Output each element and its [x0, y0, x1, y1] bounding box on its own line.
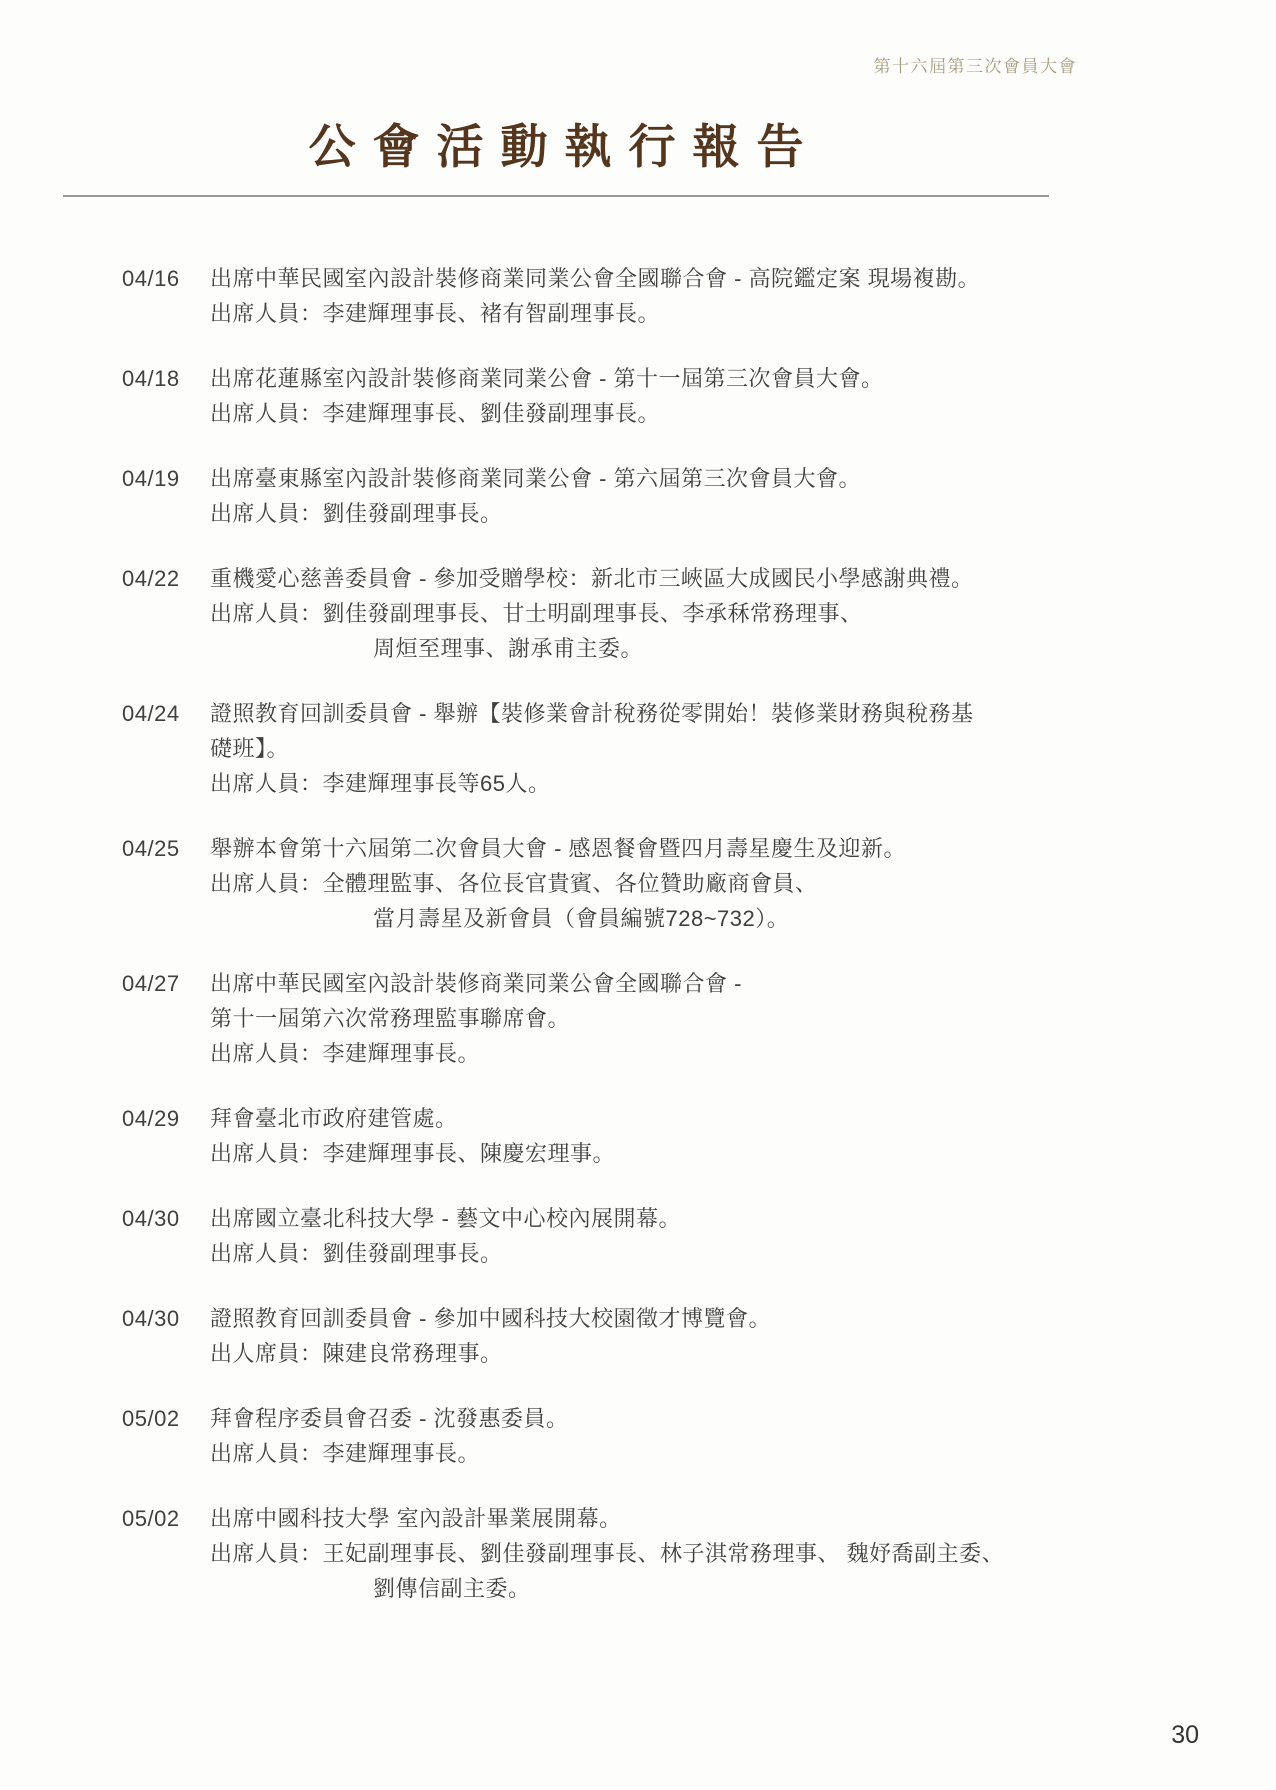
header-meeting-label: 第十六屆第三次會員大會 — [874, 52, 1078, 77]
activity-entry: 05/02出席中國科技大學 室內設計畢業展開幕。出席人員：王妃副理事長、劉佳發副… — [122, 1501, 1049, 1606]
activity-entry: 04/22重機愛心慈善委員會 - 參加受贈學校：新北市三峽區大成國民小學感謝典禮… — [122, 561, 1049, 666]
entry-content: 舉辦本會第十六屆第二次會員大會 - 感恩餐會暨四月壽星慶生及迎新。出席人員：全體… — [210, 831, 1110, 936]
entry-date: 04/16 — [122, 261, 210, 296]
activity-entry: 04/29拜會臺北市政府建管處。出席人員：李建輝理事長、陳慶宏理事。 — [122, 1101, 1049, 1171]
entry-line: 出席人員：李建輝理事長、褚有智副理事長。 — [210, 296, 1110, 331]
entry-line: 出席人員：王妃副理事長、劉佳發副理事長、林子淇常務理事、 魏妤喬副主委、 — [210, 1536, 1110, 1571]
entry-content: 重機愛心慈善委員會 - 參加受贈學校：新北市三峽區大成國民小學感謝典禮。出席人員… — [210, 561, 1110, 666]
entry-line: 出席人員：李建輝理事長、陳慶宏理事。 — [210, 1136, 1110, 1171]
entry-line: 出席人員：全體理監事、各位長官貴賓、各位贊助廠商會員、 — [210, 866, 1110, 901]
entry-line: 劉傳信副主委。 — [210, 1571, 1110, 1606]
entry-line: 出席人員：李建輝理事長。 — [210, 1436, 1110, 1471]
entry-line: 出席中華民國室內設計裝修商業同業公會全國聯合會 - 高院鑑定案 現場複勘。 — [210, 261, 1110, 296]
entry-line: 出人席員：陳建良常務理事。 — [210, 1336, 1110, 1371]
entry-line: 礎班】。 — [210, 731, 1110, 766]
report-page: 第十六屆第三次會員大會 公會活動執行報告 04/16出席中華民國室內設計裝修商業… — [0, 0, 1276, 1790]
page-title: 公會活動執行報告 — [63, 118, 1049, 179]
activity-list: 04/16出席中華民國室內設計裝修商業同業公會全國聯合會 - 高院鑑定案 現場複… — [63, 261, 1049, 1606]
activity-entry: 04/25舉辦本會第十六屆第二次會員大會 - 感恩餐會暨四月壽星慶生及迎新。出席… — [122, 831, 1049, 936]
entry-content: 出席國立臺北科技大學 - 藝文中心校內展開幕。出席人員：劉佳發副理事長。 — [210, 1201, 1110, 1271]
entry-date: 05/02 — [122, 1401, 210, 1436]
entry-content: 證照教育回訓委員會 - 舉辦【裝修業會計稅務從零開始！裝修業財務與稅務基礎班】。… — [210, 696, 1110, 801]
activity-entry: 04/24證照教育回訓委員會 - 舉辦【裝修業會計稅務從零開始！裝修業財務與稅務… — [122, 696, 1049, 801]
page-number: 30 — [1171, 1721, 1199, 1750]
entry-content: 證照教育回訓委員會 - 參加中國科技大校園徵才博覽會。出人席員：陳建良常務理事。 — [210, 1301, 1110, 1371]
entry-date: 04/29 — [122, 1101, 210, 1136]
entry-line: 出席國立臺北科技大學 - 藝文中心校內展開幕。 — [210, 1201, 1110, 1236]
entry-content: 出席臺東縣室內設計裝修商業同業公會 - 第六屆第三次會員大會。出席人員：劉佳發副… — [210, 461, 1110, 531]
activity-entry: 04/16出席中華民國室內設計裝修商業同業公會全國聯合會 - 高院鑑定案 現場複… — [122, 261, 1049, 331]
entry-line: 舉辦本會第十六屆第二次會員大會 - 感恩餐會暨四月壽星慶生及迎新。 — [210, 831, 1110, 866]
entry-line: 拜會臺北市政府建管處。 — [210, 1101, 1110, 1136]
entry-content: 拜會臺北市政府建管處。出席人員：李建輝理事長、陳慶宏理事。 — [210, 1101, 1110, 1171]
activity-entry: 04/30出席國立臺北科技大學 - 藝文中心校內展開幕。出席人員：劉佳發副理事長… — [122, 1201, 1049, 1271]
activity-entry: 05/02拜會程序委員會召委 - 沈發惠委員。出席人員：李建輝理事長。 — [122, 1401, 1049, 1471]
entry-line: 出席人員：劉佳發副理事長、甘士明副理事長、李承秝常務理事、 — [210, 596, 1110, 631]
entry-line: 出席中華民國室內設計裝修商業同業公會全國聯合會 - — [210, 966, 1110, 1001]
entry-line: 重機愛心慈善委員會 - 參加受贈學校：新北市三峽區大成國民小學感謝典禮。 — [210, 561, 1110, 596]
activity-entry: 04/18出席花蓮縣室內設計裝修商業同業公會 - 第十一屆第三次會員大會。出席人… — [122, 361, 1049, 431]
entry-date: 04/24 — [122, 696, 210, 731]
entry-date: 04/25 — [122, 831, 210, 866]
entry-line: 周烜至理事、謝承甫主委。 — [210, 631, 1110, 666]
activity-entry: 04/30證照教育回訓委員會 - 參加中國科技大校園徵才博覽會。出人席員：陳建良… — [122, 1301, 1049, 1371]
entry-date: 04/18 — [122, 361, 210, 396]
entry-line: 出席臺東縣室內設計裝修商業同業公會 - 第六屆第三次會員大會。 — [210, 461, 1110, 496]
entry-date: 05/02 — [122, 1501, 210, 1536]
entry-line: 拜會程序委員會召委 - 沈發惠委員。 — [210, 1401, 1110, 1436]
entry-line: 出席人員：李建輝理事長等65人。 — [210, 766, 1110, 801]
entry-content: 拜會程序委員會召委 - 沈發惠委員。出席人員：李建輝理事長。 — [210, 1401, 1110, 1471]
entry-content: 出席中國科技大學 室內設計畢業展開幕。出席人員：王妃副理事長、劉佳發副理事長、林… — [210, 1501, 1110, 1606]
entry-line: 出席人員：李建輝理事長、劉佳發副理事長。 — [210, 396, 1110, 431]
title-divider — [63, 195, 1049, 197]
entry-line: 當月壽星及新會員（會員編號728~732）。 — [210, 901, 1110, 936]
activity-entry: 04/27出席中華民國室內設計裝修商業同業公會全國聯合會 -第十一屆第六次常務理… — [122, 966, 1049, 1071]
entry-content: 出席花蓮縣室內設計裝修商業同業公會 - 第十一屆第三次會員大會。出席人員：李建輝… — [210, 361, 1110, 431]
content-area: 公會活動執行報告 04/16出席中華民國室內設計裝修商業同業公會全國聯合會 - … — [63, 118, 1049, 1606]
entry-line: 第十一屆第六次常務理監事聯席會。 — [210, 1001, 1110, 1036]
entry-line: 出席人員：劉佳發副理事長。 — [210, 496, 1110, 531]
entry-content: 出席中華民國室內設計裝修商業同業公會全國聯合會 -第十一屆第六次常務理監事聯席會… — [210, 966, 1110, 1071]
entry-date: 04/30 — [122, 1201, 210, 1236]
entry-line: 出席花蓮縣室內設計裝修商業同業公會 - 第十一屆第三次會員大會。 — [210, 361, 1110, 396]
entry-content: 出席中華民國室內設計裝修商業同業公會全國聯合會 - 高院鑑定案 現場複勘。出席人… — [210, 261, 1110, 331]
entry-date: 04/30 — [122, 1301, 210, 1336]
entry-line: 證照教育回訓委員會 - 參加中國科技大校園徵才博覽會。 — [210, 1301, 1110, 1336]
entry-date: 04/22 — [122, 561, 210, 596]
entry-date: 04/27 — [122, 966, 210, 1001]
entry-line: 出席人員：李建輝理事長。 — [210, 1036, 1110, 1071]
entry-date: 04/19 — [122, 461, 210, 496]
entry-line: 證照教育回訓委員會 - 舉辦【裝修業會計稅務從零開始！裝修業財務與稅務基 — [210, 696, 1110, 731]
activity-entry: 04/19出席臺東縣室內設計裝修商業同業公會 - 第六屆第三次會員大會。出席人員… — [122, 461, 1049, 531]
entry-line: 出席中國科技大學 室內設計畢業展開幕。 — [210, 1501, 1110, 1536]
entry-line: 出席人員：劉佳發副理事長。 — [210, 1236, 1110, 1271]
